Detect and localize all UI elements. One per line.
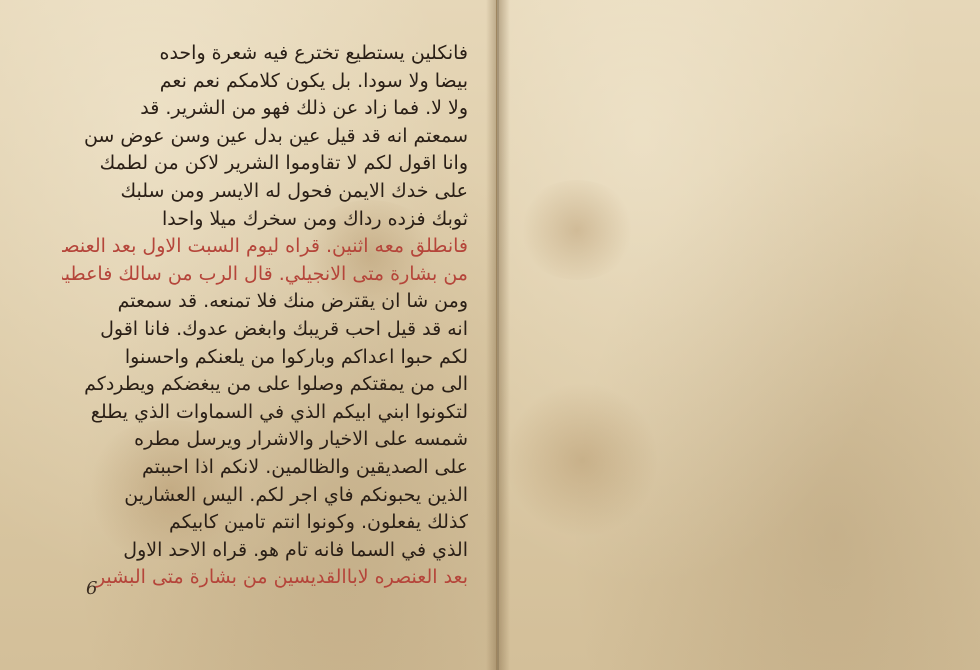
- rubric-line: فانطلق معه اثنين. قراه ليوم السبت الاول …: [62, 233, 468, 261]
- text-line: الى من يمقتكم وصلوا على من يبغضكم ويطردك…: [62, 371, 468, 399]
- text-line: انه قد قيل احب قريبك وابغض عدوك. فانا اق…: [62, 316, 468, 344]
- text-line: فانكلين يستطيع تخترع فيه شعرة واحده: [62, 40, 468, 68]
- text-line: سمعتم انه قد قيل عين بدل عين وسن عوض سن: [62, 123, 468, 151]
- text-line: على الصديقين والظالمين. لانكم اذا احببتم: [62, 454, 468, 482]
- left-page-text: فانكلين يستطيع تخترع فيه شعرة واحدهبيضا …: [62, 40, 468, 592]
- text-line: وانا اقول لكم لا تقاوموا الشرير لاكن من …: [62, 150, 468, 178]
- water-stain: [517, 180, 637, 280]
- text-line: على خدك الايمن فحول له الايسر ومن سلبك: [62, 178, 468, 206]
- text-line: ومن شا ان يقترض منك فلا تمنعه. قد سمعتم: [62, 288, 468, 316]
- rubric-line: من بشارة متى الانجيلي. قال الرب من سالك …: [62, 261, 468, 289]
- right-page: قراه ليوم الخميس بعد العنصره من بشارة مت…: [497, 0, 980, 670]
- water-stain: [507, 380, 657, 540]
- left-page: فانكلين يستطيع تخترع فيه شعرة واحدهبيضا …: [0, 0, 497, 670]
- text-line: بيضا ولا سودا. بل يكون كلامكم نعم نعم: [62, 68, 468, 96]
- rubric-line: بعد العنصره لاباالقديسين من بشارة متى ال…: [62, 564, 468, 592]
- text-line: لكم حبوا اعداكم وباركوا من يلعنكم واحسنو…: [62, 344, 468, 372]
- page-number: 6: [86, 578, 97, 599]
- manuscript-spread: فانكلين يستطيع تخترع فيه شعرة واحدهبيضا …: [0, 0, 980, 670]
- text-line: شمسه على الاخيار والاشرار ويرسل مطره: [62, 426, 468, 454]
- text-line: ولا لا. فما زاد عن ذلك فهو من الشرير. قد: [62, 95, 468, 123]
- text-line: الذي في السما فانه تام هو. قراه الاحد ال…: [62, 537, 468, 565]
- book-gutter: [486, 0, 510, 670]
- text-line: ثوبك فزده رداك ومن سخرك ميلا واحدا: [62, 206, 468, 234]
- text-line: كذلك يفعلون. وكونوا انتم تامين كابيكم: [62, 509, 468, 537]
- text-line: الذين يحبونكم فاي اجر لكم. اليس العشارين: [62, 482, 468, 510]
- text-line: لتكونوا ابني ابيكم الذي في السماوات الذي…: [62, 399, 468, 427]
